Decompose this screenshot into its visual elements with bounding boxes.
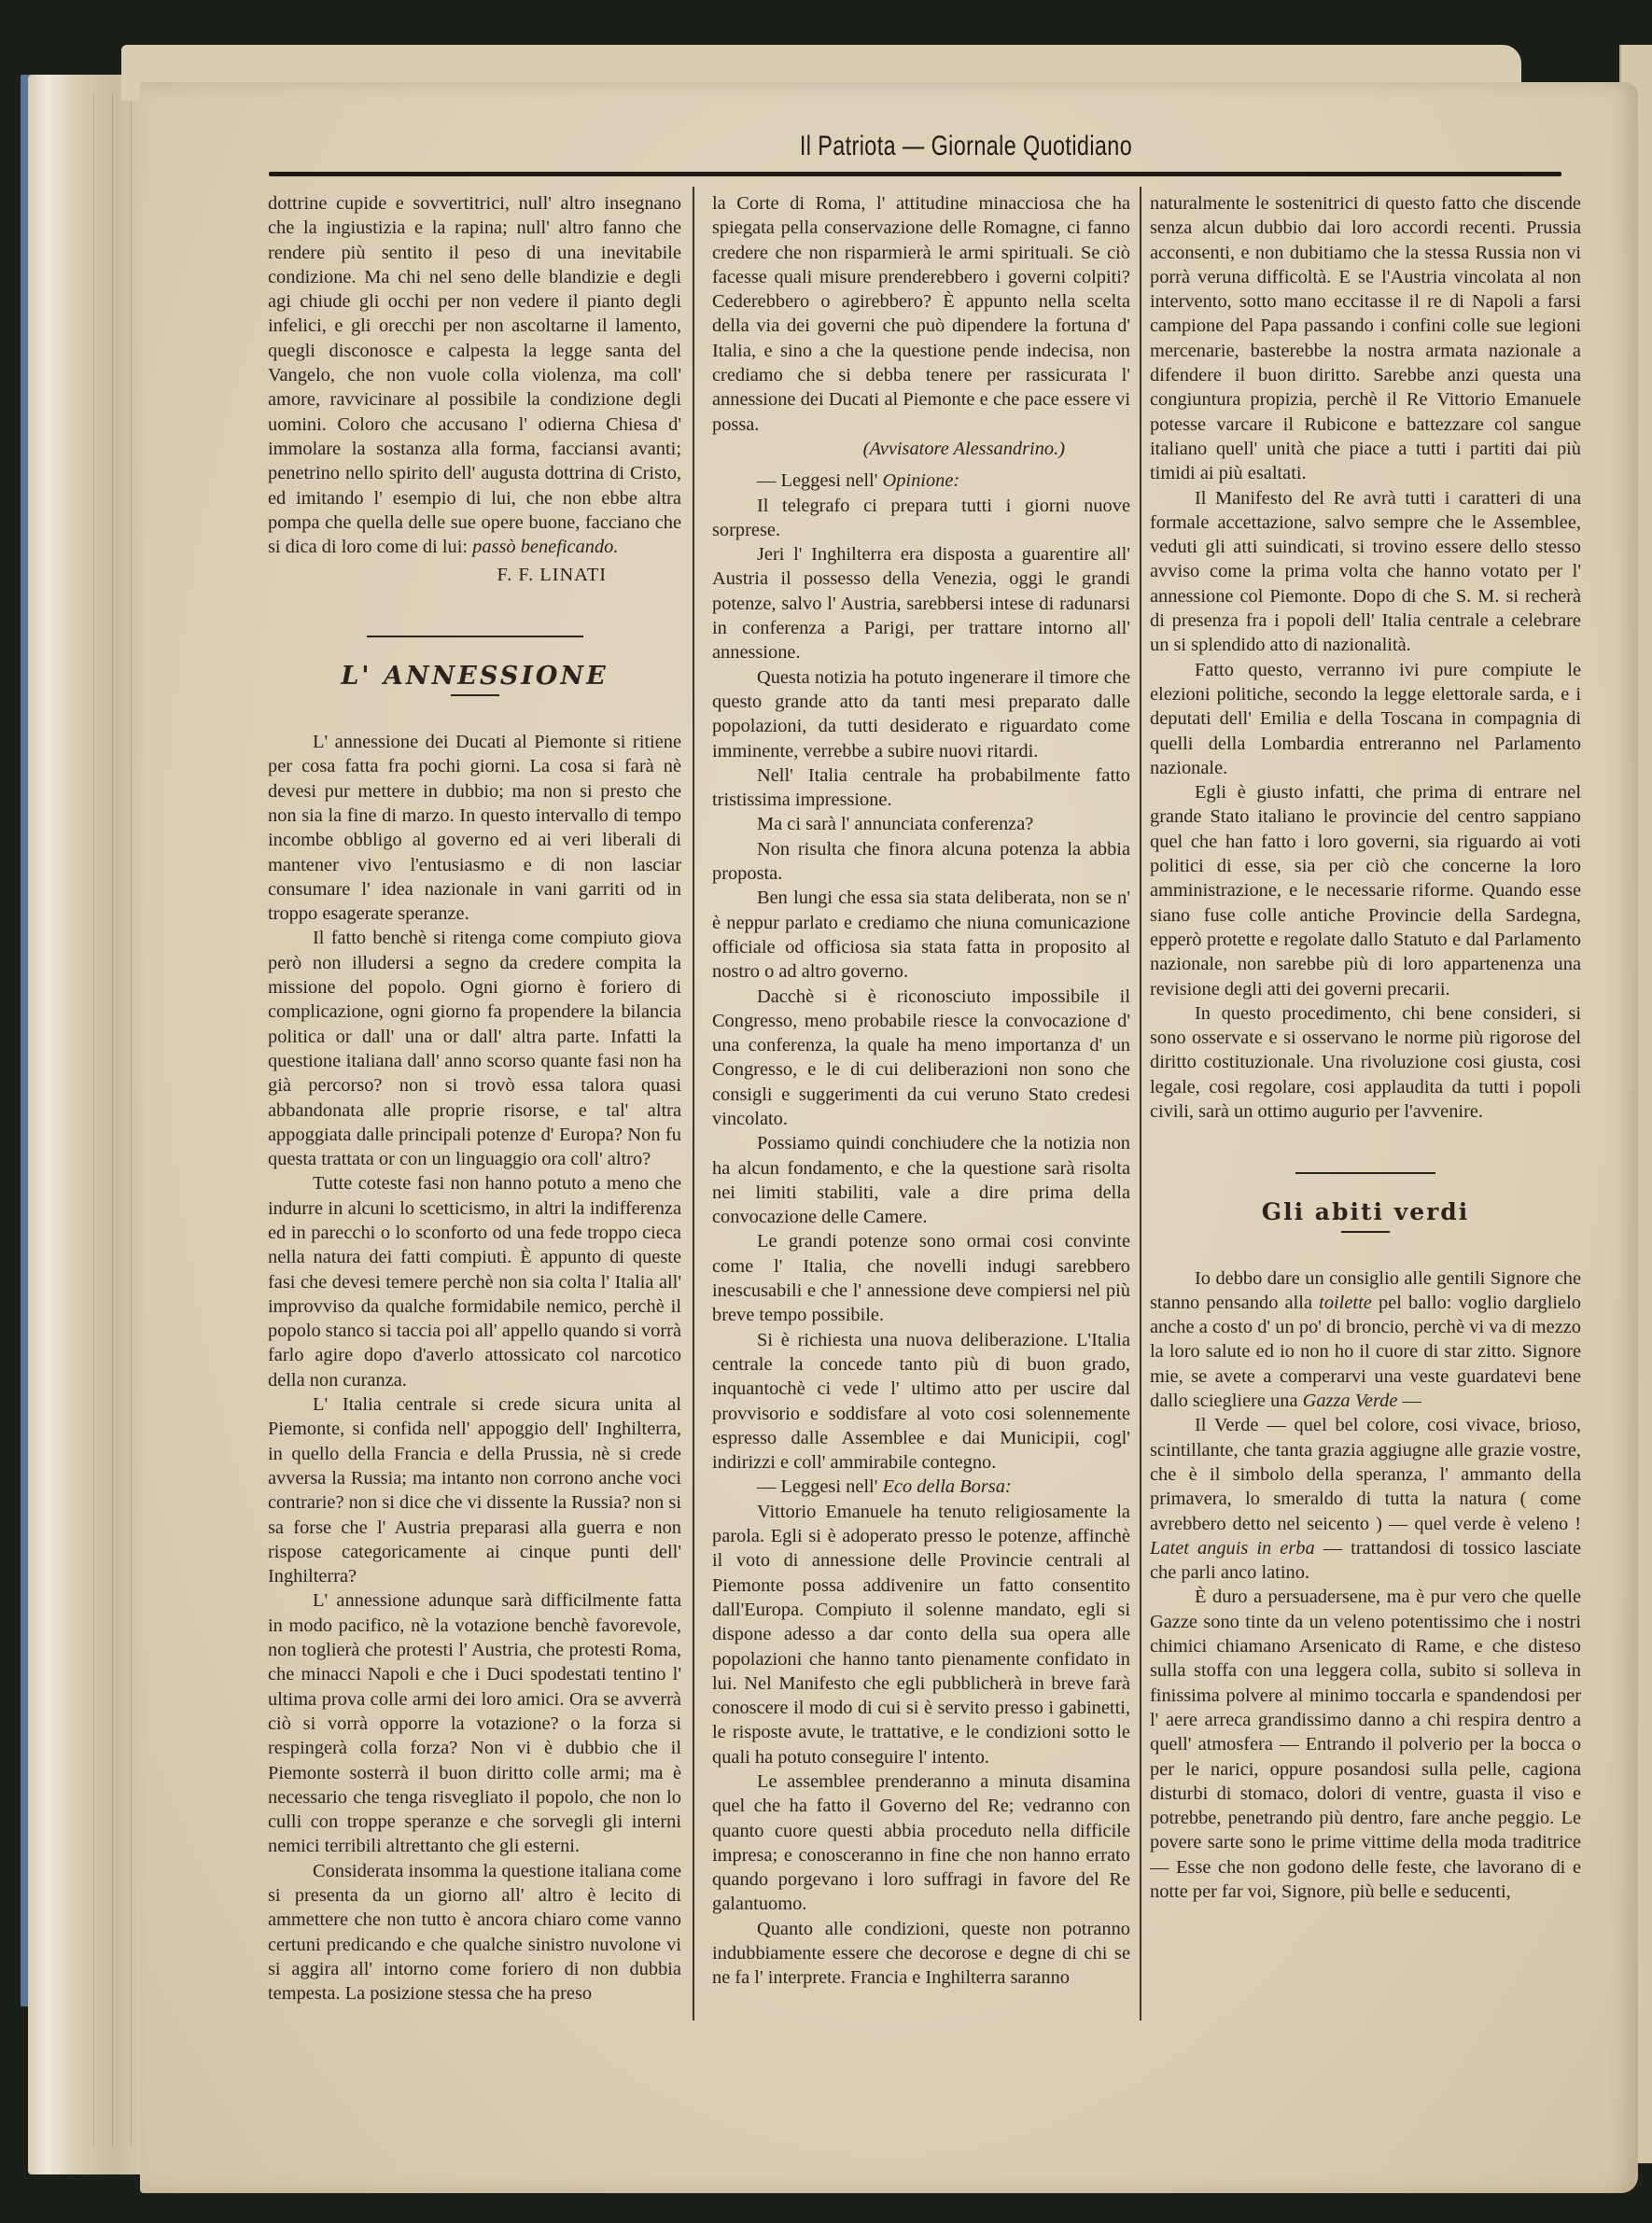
article-paragraph: Non risulta che finora alcuna potenza la… (712, 837, 1130, 887)
article-paragraph: È duro a persuadersene, ma è pur vero ch… (1150, 1585, 1581, 1904)
article-paragraph: Vittorio Emanuele ha tenuto religiosamen… (712, 1500, 1130, 1769)
article-paragraph: In questo procedimento, chi bene conside… (1150, 1001, 1581, 1124)
article-paragraph: Le grandi potenze sono ormai cosi convin… (712, 1229, 1130, 1327)
author-signature: F. F. LINATI (268, 563, 681, 587)
article-paragraph: Si è richiesta una nuova deliberazione. … (712, 1328, 1130, 1475)
article-paragraph: Quanto alle condizioni, queste non potra… (712, 1917, 1130, 1991)
article-paragraph: Nell' Italia centrale ha probabilmente f… (712, 763, 1130, 813)
article-paragraph: Considerata insomma la questione italian… (268, 1859, 681, 2006)
title-rule (1341, 1231, 1390, 1233)
section-title-annessione: L' ANNESSIONE (268, 664, 681, 689)
article-paragraph: L' Italia centrale si crede sicura unita… (268, 1392, 681, 1588)
column-3: naturalmente le sostenitrici di questo f… (1150, 191, 1581, 1904)
article-paragraph: Jeri l' Inghilterra era disposta a guare… (712, 542, 1130, 664)
column-2: la Corte di Roma, l' attitudine minaccio… (712, 191, 1130, 1991)
article-paragraph: Ma ci sarà l' annunciata conferenza? (712, 812, 1130, 836)
quote-lead-opinione: — Leggesi nell' Opinione: (712, 468, 1130, 493)
article-paragraph: Dacchè si è riconosciuto impossibile il … (712, 985, 1130, 1132)
article-paragraph: Fatto questo, verranno ivi pure compiute… (1150, 658, 1581, 780)
article-paragraph: Il Manifesto del Re avrà tutti i caratte… (1150, 486, 1581, 658)
ornament-divider (1150, 1159, 1581, 1168)
title-rule (451, 694, 499, 696)
article-paragraph: Questa notizia ha potuto ingenerare il t… (712, 665, 1130, 763)
header-rule (269, 172, 1561, 176)
article-paragraph: Possiamo quindi conchiudere che la notiz… (712, 1131, 1130, 1229)
quote-lead-eco-della-borsa: — Leggesi nell' Eco della Borsa: (712, 1475, 1130, 1499)
article-paragraph: la Corte di Roma, l' attitudine minaccio… (712, 191, 1130, 437)
column-divider-2 (1140, 187, 1141, 2020)
article-paragraph: Il Verde — quel bel colore, cosi vivace,… (1150, 1413, 1581, 1585)
article-paragraph: L' annessione dei Ducati al Piemonte si … (268, 730, 681, 926)
article-paragraph: naturalmente le sostenitrici di questo f… (1150, 191, 1581, 486)
article-paragraph: dottrine cupide e sovvertitrici, null' a… (268, 191, 681, 559)
article-paragraph: Il telegrafo ci prepara tutti i giorni n… (712, 494, 1130, 543)
article-paragraph: Il fatto benchè si ritenga come compiuto… (268, 926, 681, 1171)
column-divider-1 (693, 187, 694, 2020)
ornament-divider (268, 623, 681, 633)
article-paragraph: Egli è giusto infatti, che prima di entr… (1150, 780, 1581, 1001)
article-paragraph: Io debbo dare un consiglio alle gentili … (1150, 1266, 1581, 1414)
article-paragraph: Le assemblee prenderanno a minuta disami… (712, 1769, 1130, 1917)
section-title-abiti-verdi: Gli abiti verdi (1150, 1200, 1581, 1224)
source-attribution: (Avvisatore Alessandrino.) (712, 437, 1130, 461)
masthead: Il Patriota — Giornale Quotidiano (795, 131, 1138, 162)
article-paragraph: Ben lungi che essa sia stata deliberata,… (712, 886, 1130, 984)
article-paragraph: L' annessione adunque sarà difficilmente… (268, 1588, 681, 1858)
article-paragraph: Tutte coteste fasi non hanno potuto a me… (268, 1171, 681, 1392)
column-1: dottrine cupide e sovvertitrici, null' a… (268, 191, 681, 2006)
